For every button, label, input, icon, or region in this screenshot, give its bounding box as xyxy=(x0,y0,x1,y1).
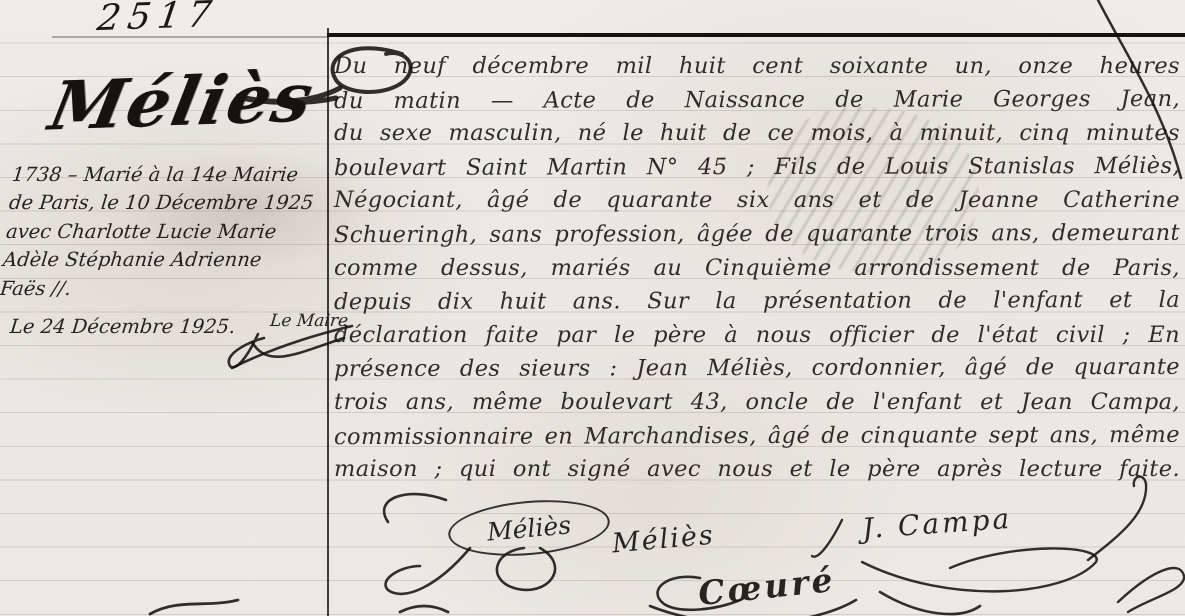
marriage-mention-note: 1738 – Marié à la 14e Mairie de Paris, l… xyxy=(0,161,334,342)
act-line: depuis dix huit ans. Sur la présentation… xyxy=(334,284,1180,320)
civil-register-page: 2517 Méliès 1738 – Marié à la 14e Mairie… xyxy=(0,0,1185,616)
act-line: maison ; qui ont signé avec nous et le p… xyxy=(334,453,1180,487)
act-line: présence des sieurs : Jean Méliès, cordo… xyxy=(334,351,1180,387)
signature-officer: Cœuré xyxy=(696,560,837,613)
mention-line: Faës //. xyxy=(0,275,322,303)
bottom-right-flourish xyxy=(1118,568,1184,612)
margin-surname: Méliès xyxy=(43,57,320,145)
act-line: comme dessus, mariés au Cinquième arrond… xyxy=(334,252,1180,286)
next-entry-fragment xyxy=(150,600,448,614)
signature-text: Méliès xyxy=(486,510,572,546)
act-body-text: Du neuf décembre mil huit cent soixante … xyxy=(334,50,1180,487)
act-line: boulevart Saint Martin N° 45 ; Fils de L… xyxy=(334,150,1180,186)
act-line: Du neuf décembre mil huit cent soixante … xyxy=(334,50,1180,84)
act-line: trois ans, même boulevart 43, oncle de l… xyxy=(334,386,1180,420)
mention-date-line: Le 24 Décembre 1925. Le Maire xyxy=(0,313,318,342)
mention-line: 1738 – Marié à la 14e Mairie xyxy=(11,161,334,189)
mention-line: Adèle Stéphanie Adrienne xyxy=(2,246,325,274)
signature-campa: J. Campa xyxy=(861,502,1013,545)
act-number: 2517 xyxy=(95,0,221,39)
mention-line: de Paris, le 10 Décembre 1925 xyxy=(8,189,331,217)
act-line: du matin — Acte de Naissance de Marie Ge… xyxy=(334,82,1180,118)
header-rule-left-segment xyxy=(52,36,327,38)
act-line: Négociant, âgé de quarante six ans et de… xyxy=(334,184,1180,218)
act-line: Schueringh, sans profession, âgée de qua… xyxy=(334,217,1180,253)
signature-melies-second: Méliès xyxy=(611,520,716,560)
mention-date: Le 24 Décembre 1925. xyxy=(9,315,237,338)
act-line: du sexe masculin, né le huit de ce mois,… xyxy=(334,117,1180,151)
signature-melies-circled: Méliès xyxy=(446,494,612,562)
header-rule-line xyxy=(327,33,1185,37)
act-line: commissionnaire en Marchandises, âgé de … xyxy=(334,418,1180,454)
act-line: déclaration faite par le père à nous off… xyxy=(334,319,1180,353)
mention-line: avec Charlotte Lucie Marie xyxy=(5,218,328,246)
